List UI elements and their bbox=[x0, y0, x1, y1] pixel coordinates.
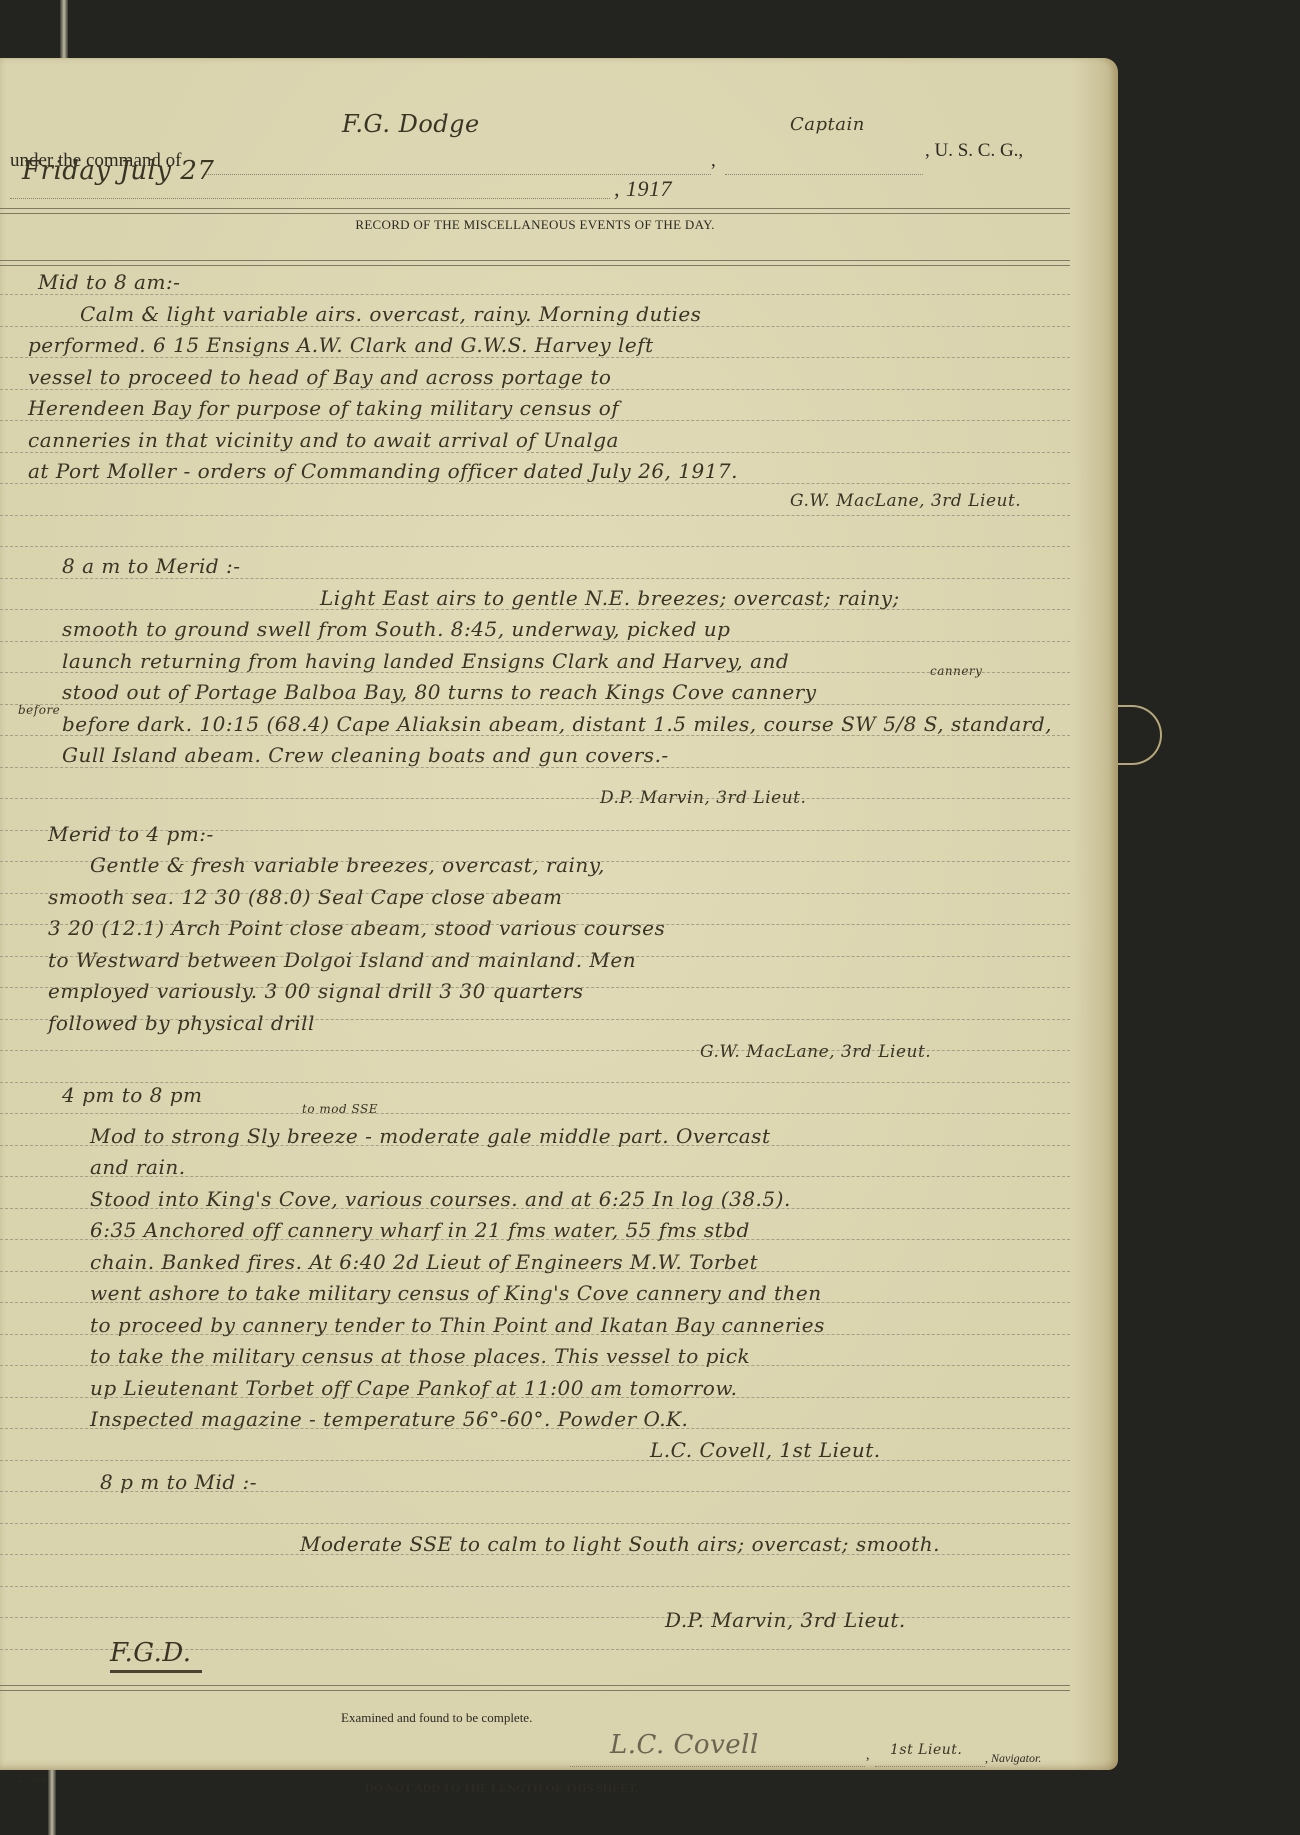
log-line: Stood into King's Cove, various courses.… bbox=[90, 1187, 791, 1211]
log-line: Mod to strong Sly breeze - moderate gale… bbox=[90, 1124, 770, 1148]
watch-heading: 8 a m to Merid :- bbox=[62, 554, 241, 578]
log-line: before dark. 10:15 (68.4) Cape Aliaksin … bbox=[62, 712, 1052, 736]
service-label: , U. S. C. G., bbox=[925, 140, 1023, 162]
watch-heading: Merid to 4 pm:- bbox=[48, 822, 214, 846]
log-line: performed. 6 15 Ensigns A.W. Clark and G… bbox=[28, 333, 654, 357]
log-line: vessel to proceed to head of Bay and acr… bbox=[28, 365, 611, 389]
examined-label: Examined and found to be complete. bbox=[341, 1710, 532, 1726]
officer-signature: G.W. MacLane, 3rd Lieut. bbox=[790, 491, 1021, 511]
log-line: followed by physical drill bbox=[48, 1011, 315, 1035]
log-line: Light East airs to gentle N.E. breezes; … bbox=[320, 586, 900, 610]
margin-annotation: before bbox=[18, 703, 60, 717]
commander-name-field-line bbox=[206, 174, 711, 175]
commander-rank-field-line bbox=[725, 174, 923, 175]
examiner-signature: L.C. Covell bbox=[610, 1730, 759, 1760]
officer-signature: G.W. MacLane, 3rd Lieut. bbox=[700, 1042, 931, 1062]
officer-signature: L.C. Covell, 1st Lieut. bbox=[650, 1438, 881, 1462]
log-line: at Port Moller - orders of Commanding of… bbox=[28, 459, 738, 483]
watch-heading: 4 pm to 8 pm bbox=[62, 1083, 203, 1107]
commander-rank: Captain bbox=[790, 114, 865, 135]
log-line: 3 20 (12.1) Arch Point close abeam, stoo… bbox=[48, 916, 665, 940]
log-line: smooth sea. 12 30 (88.0) Seal Cape close… bbox=[48, 885, 562, 909]
log-line: went ashore to take military census of K… bbox=[90, 1281, 822, 1305]
logbook-page: under the command of F.G. Dodge , Captai… bbox=[0, 58, 1118, 1770]
log-line: to proceed by cannery tender to Thin Poi… bbox=[90, 1313, 825, 1337]
log-line: chain. Banked fires. At 6:40 2d Lieut of… bbox=[90, 1250, 758, 1274]
log-line: Moderate SSE to calm to light South airs… bbox=[300, 1532, 940, 1556]
log-line: stood out of Portage Balboa Bay, 80 turn… bbox=[62, 680, 817, 704]
year: , 1917 bbox=[614, 176, 672, 202]
log-line: Calm & light variable airs. overcast, ra… bbox=[80, 302, 701, 326]
log-line: canneries in that vicinity and to await … bbox=[28, 428, 619, 452]
log-line: Gull Island abeam. Crew cleaning boats a… bbox=[62, 743, 669, 767]
watch-heading: Mid to 8 am:- bbox=[38, 270, 180, 294]
comma-separator: , bbox=[711, 150, 716, 172]
insertion-annotation: cannery bbox=[930, 664, 982, 678]
record-divider bbox=[0, 260, 1070, 266]
heading-annotation: to mod SSE bbox=[302, 1102, 378, 1116]
date-field-line bbox=[10, 198, 610, 199]
record-title: RECORD OF THE MISCELLANEOUS EVENTS OF TH… bbox=[0, 217, 1070, 233]
commander-name: F.G. Dodge bbox=[342, 110, 480, 138]
watch-heading: 8 p m to Mid :- bbox=[100, 1470, 257, 1494]
officer-signature: D.P. Marvin, 3rd Lieut. bbox=[600, 788, 806, 808]
footer-divider bbox=[0, 1685, 1070, 1691]
log-line: smooth to ground swell from South. 8:45,… bbox=[62, 617, 731, 641]
comma-separator: , bbox=[866, 1748, 870, 1764]
header-divider bbox=[0, 208, 1070, 214]
log-line: to take the military census at those pla… bbox=[90, 1344, 750, 1368]
log-line: launch returning from having landed Ensi… bbox=[62, 649, 789, 673]
log-line: and rain. bbox=[90, 1155, 186, 1179]
log-line: employed variously. 3 00 signal drill 3 … bbox=[48, 979, 584, 1003]
form-number: 2—1664 bbox=[18, 1775, 46, 1784]
navigator-label: , Navigator. bbox=[985, 1751, 1041, 1766]
examiner-rank-line bbox=[875, 1766, 985, 1767]
officer-signature: D.P. Marvin, 3rd Lieut. bbox=[665, 1608, 906, 1632]
date-handwritten: Friday July 27 bbox=[22, 156, 214, 186]
book-binding-thread-top bbox=[60, 0, 68, 58]
sheet-warning: DO NOT ADD TO THE LENGTH OF THIS SHEET. bbox=[365, 1781, 638, 1796]
log-line: Gentle & fresh variable breezes, overcas… bbox=[90, 853, 605, 877]
examiner-signature-line bbox=[570, 1766, 865, 1767]
log-line: Herendeen Bay for purpose of taking mili… bbox=[28, 396, 619, 420]
log-line: to Westward between Dolgoi Island and ma… bbox=[48, 948, 636, 972]
book-binding-thread-bottom bbox=[48, 1770, 56, 1835]
log-line: 6:35 Anchored off cannery wharf in 21 fm… bbox=[90, 1218, 750, 1242]
binding-thread-loop bbox=[1118, 705, 1162, 765]
captain-initials: F.G.D. bbox=[110, 1638, 202, 1673]
examiner-rank: 1st Lieut. bbox=[890, 1742, 962, 1758]
